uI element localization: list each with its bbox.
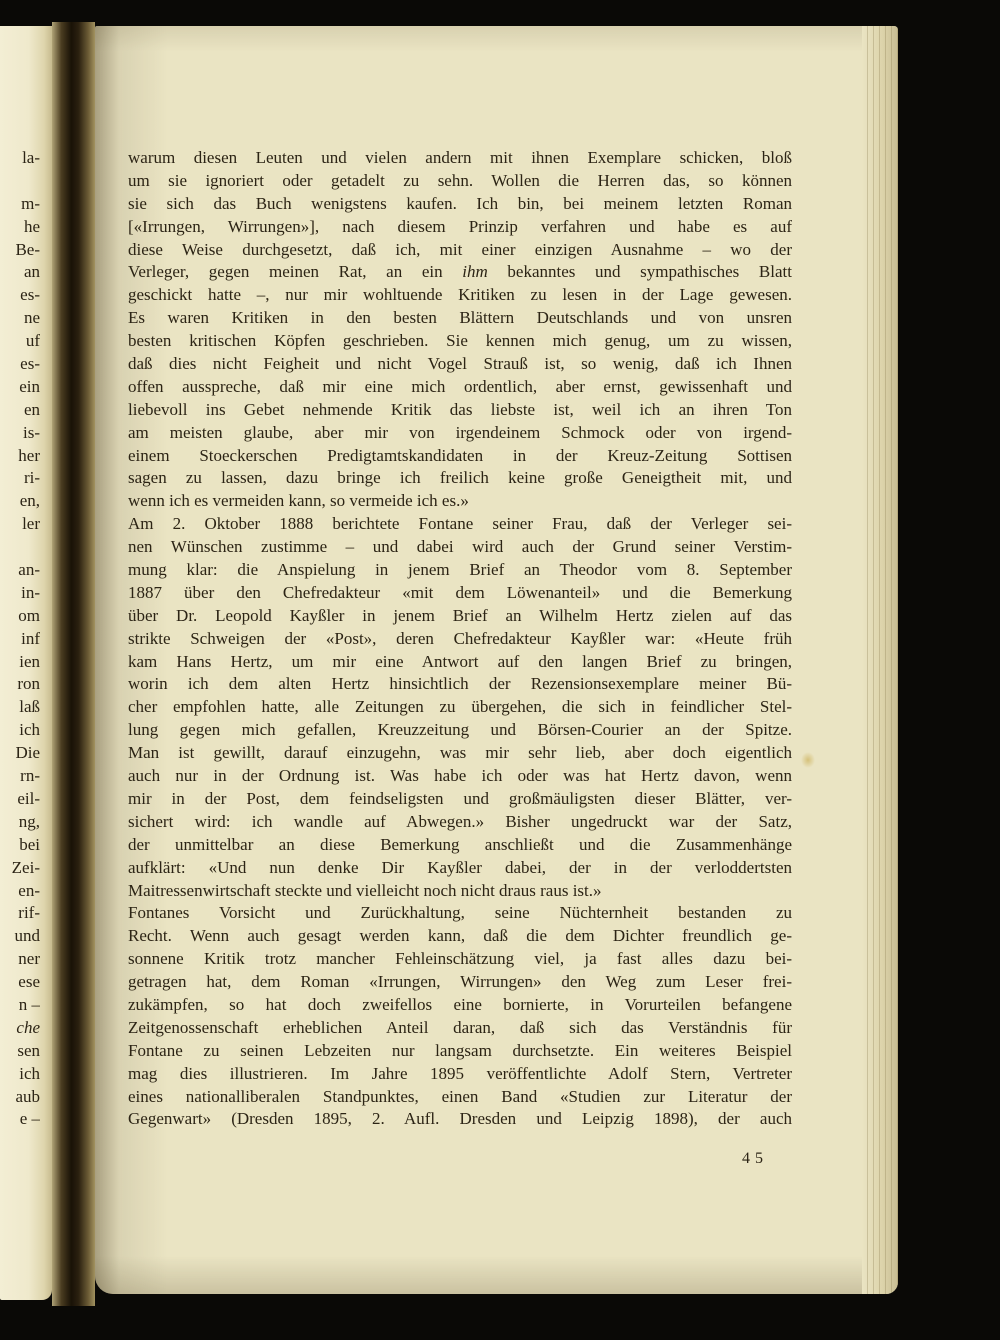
text-line: sagen zu lassen, dazu bringe ich freilic… [128,467,792,490]
facing-page-line-fragment [0,536,40,559]
text-line: der unmittelbar an diese Bemerkung ansch… [128,834,792,857]
text-line: besten kritischen Köpfen geschrieben. Si… [128,330,792,353]
facing-page-line-fragment: ri- [0,467,40,490]
facing-page-line-fragment: Die [0,742,40,765]
text-line: getragen hat, dem Roman «Irrungen, Wirru… [128,971,792,994]
facing-page-line-fragment: rif- [0,902,40,925]
text-line: am meisten glaube, aber mir von irgendei… [128,422,792,445]
text-line: aufklärt: «Und nun denke Dir Kayßler dab… [128,857,792,880]
facing-page-line-fragment: es- [0,284,40,307]
text-line: wenn ich es vermeiden kann, so vermeide … [128,490,792,513]
facing-page-line-fragment: ich [0,1063,40,1086]
facing-page-line-fragment [0,170,40,193]
text-line: nen Wünschen zustimme – und dabei wird a… [128,536,792,559]
facing-page-line-fragment: inf [0,628,40,651]
text-line: mag dies illustrieren. Im Jahre 1895 ver… [128,1063,792,1086]
facing-page-line-fragment: ng, [0,811,40,834]
text-line: Verleger, gegen meinen Rat, an ein ihm b… [128,261,792,284]
facing-page-line-fragment: che [0,1017,40,1040]
facing-page-line-fragment: n – [0,994,40,1017]
facing-page-line-fragment: bei [0,834,40,857]
facing-page-line-fragment: ner [0,948,40,971]
facing-page-line-fragment: sen [0,1040,40,1063]
paper-stain [801,752,815,768]
facing-page-line-fragment: en, [0,490,40,513]
facing-page-line-fragment: aub [0,1086,40,1109]
text-line: Recht. Wenn auch gesagt werden kann, daß… [128,925,792,948]
text-line: Am 2. Oktober 1888 berichtete Fontane se… [128,513,792,536]
book-gutter-shadow [52,22,95,1306]
facing-page-line-fragment: an [0,261,40,284]
facing-page-line-fragment: e – [0,1108,40,1131]
page-fore-edge [862,26,898,1294]
text-line: sie sich das Buch wenigstens kaufen. Ich… [128,193,792,216]
facing-page-line-fragment: laß [0,696,40,719]
text-line: kam Hans Hertz, um mir eine Antwort auf … [128,651,792,674]
text-line: Fontane zu seinen Lebzeiten nur langsam … [128,1040,792,1063]
text-line: 1887 über den Chefredakteur «mit dem Löw… [128,582,792,605]
text-line: sonnene Kritik trotz mancher Fehleinschä… [128,948,792,971]
text-line: strikte Schweigen der «Post», deren Chef… [128,628,792,651]
text-line: zukämpfen, so hat doch zweifellos eine b… [128,994,792,1017]
facing-page-line-fragment: ien [0,651,40,674]
text-line: Maitressenwirtschaft steckte und viellei… [128,880,792,903]
text-line: worin ich dem alten Hertz hinsichtlich d… [128,673,792,696]
facing-page-edge: la- m-heBe-anes-neufes-einenis-herri-en,… [0,26,52,1300]
facing-page-line-fragment: ese [0,971,40,994]
text-line: mir in der Post, dem feindseligsten und … [128,788,792,811]
page-text: warum diesen Leuten und vielen andern mi… [128,147,792,1131]
text-line: offen ausspreche, daß mir eine mich orde… [128,376,792,399]
facing-page-line-fragment: ne [0,307,40,330]
facing-page-line-fragment: und [0,925,40,948]
facing-page-line-fragment: Zei- [0,857,40,880]
text-line: mung klar: die Anspielung in jenem Brief… [128,559,792,582]
text-line: einem Stoeckerschen Predigtamtskandidate… [128,445,792,468]
text-line: daß dies nicht Feigheit und nicht Vogel … [128,353,792,376]
facing-page-line-fragment: in- [0,582,40,605]
text-line: über Dr. Leopold Kayßler in jenem Brief … [128,605,792,628]
facing-page-line-fragment: her [0,445,40,468]
facing-page-line-fragment: an- [0,559,40,582]
facing-page-line-fragment: he [0,216,40,239]
facing-page-line-fragment: la- [0,147,40,170]
text-line: eines nationalliberalen Standpunktes, ei… [128,1086,792,1109]
facing-page-line-fragment: uf [0,330,40,353]
text-line: [«Irrungen, Wirrungen»], nach diesem Pri… [128,216,792,239]
facing-page-line-fragment: om [0,605,40,628]
facing-page-line-fragment: en- [0,880,40,903]
facing-page-line-fragment: eil- [0,788,40,811]
text-line: lung gegen mich gefallen, Kreuzzeitung u… [128,719,792,742]
facing-page-line-fragment: m- [0,193,40,216]
text-line: sichert wird: ich wandle auf Abwegen.» B… [128,811,792,834]
facing-page-line-fragment: rn- [0,765,40,788]
text-line: diese Weise durchgesetzt, daß ich, mit e… [128,239,792,262]
text-line: warum diesen Leuten und vielen andern mi… [128,147,792,170]
text-line: um sie ignoriert oder getadelt zu sehn. … [128,170,792,193]
text-line: auch nur in der Ordnung ist. Was habe ic… [128,765,792,788]
facing-page-line-fragment: ein [0,376,40,399]
text-line: liebevoll ins Gebet nehmende Kritik das … [128,399,792,422]
book-page: warum diesen Leuten und vielen andern mi… [95,26,898,1294]
facing-page-line-fragment: is- [0,422,40,445]
facing-page-line-fragment: ler [0,513,40,536]
facing-page-line-fragment: Be- [0,239,40,262]
text-line: cher empfohlen hatte, alle Zeitungen zu … [128,696,792,719]
text-line: Fontanes Vorsicht und Zurückhaltung, sei… [128,902,792,925]
text-line: geschickt hatte –, nur mir wohltuende Kr… [128,284,792,307]
text-line: Man ist gewillt, darauf einzugehn, was m… [128,742,792,765]
text-line: Es waren Kritiken in den besten Blättern… [128,307,792,330]
facing-page-line-fragment: ich [0,719,40,742]
facing-page-line-fragment: ron [0,673,40,696]
facing-page-line-fragment: en [0,399,40,422]
text-line: Zeitgenossenschaft erheblichen Anteil da… [128,1017,792,1040]
text-line: Gegenwart» (Dresden 1895, 2. Aufl. Dresd… [128,1108,792,1131]
left-page-text-fragments: la- m-heBe-anes-neufes-einenis-herri-en,… [0,147,40,1131]
page-number: 45 [742,1150,768,1168]
facing-page-line-fragment: es- [0,353,40,376]
book-scan-photo: la- m-heBe-anes-neufes-einenis-herri-en,… [0,0,1000,1340]
